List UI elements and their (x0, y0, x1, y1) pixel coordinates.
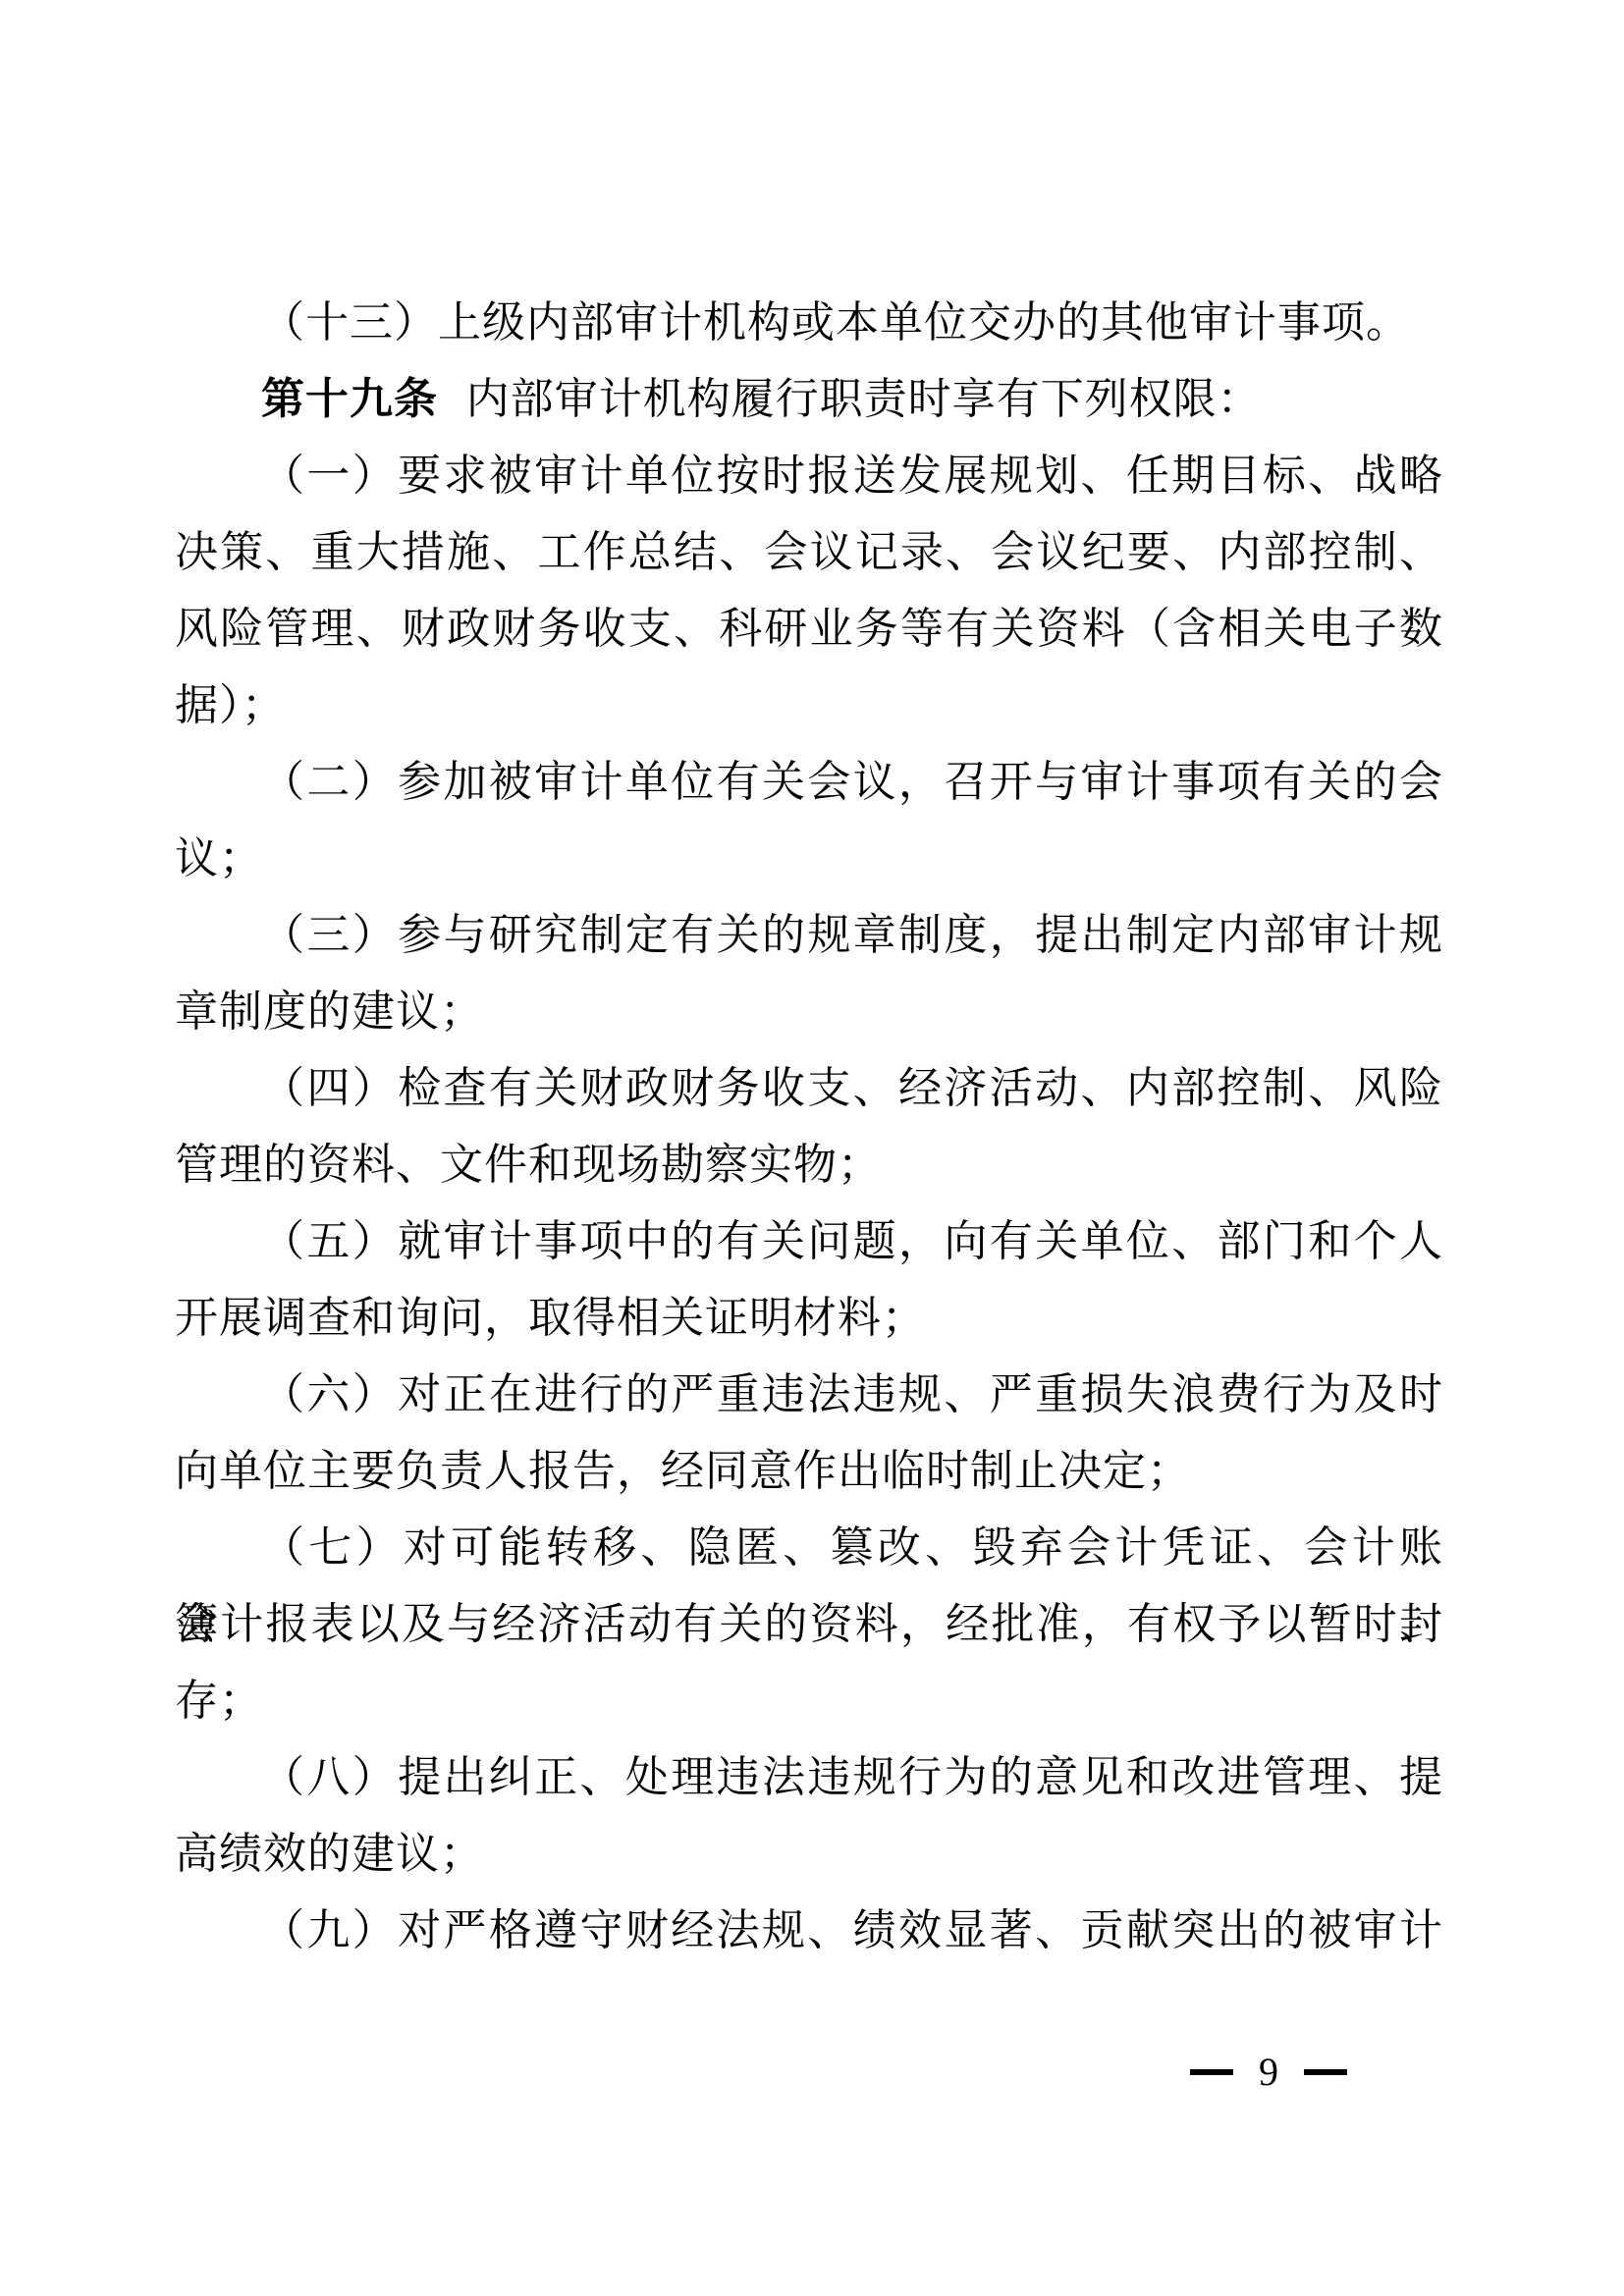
footer-right-dash (1304, 2069, 1347, 2075)
item-7-line-2: 会计报表以及与经济活动有关的资料，经批准，有权予以暂时封 (175, 1586, 1443, 1663)
item-4-line-1: （四）检查有关财政财务收支、经济活动、内部控制、风险 (175, 1050, 1443, 1127)
article-19-heading: 第十九条内部审计机构履行职责时享有下列权限： (175, 361, 1443, 438)
item-2-line-1: （二）参加被审计单位有关会议，召开与审计事项有关的会 (175, 744, 1443, 821)
item-7-line-1: （七）对可能转移、隐匿、篡改、毁弃会计凭证、会计账簿、 (175, 1510, 1443, 1586)
document-page: （十三）上级内部审计机构或本单位交办的其他审计事项。 第十九条内部审计机构履行职… (0, 0, 1624, 2296)
item-8-line-2: 高绩效的建议； (175, 1816, 1443, 1893)
item-6-line-1: （六）对正在进行的严重违法违规、严重损失浪费行为及时 (175, 1357, 1443, 1433)
item-2-line-2: 议； (175, 821, 1443, 897)
document-body: （十三）上级内部审计机构或本单位交办的其他审计事项。 第十九条内部审计机构履行职… (175, 285, 1443, 1969)
item-3-line-2: 章制度的建议； (175, 974, 1443, 1050)
item-6-line-2: 向单位主要负责人报告，经同意作出临时制止决定； (175, 1433, 1443, 1510)
item-1-line-2: 决策、重大措施、工作总结、会议记录、会议纪要、内部控制、 (175, 514, 1443, 591)
page-number: 9 (1259, 2053, 1278, 2092)
item-5-line-1: （五）就审计事项中的有关问题，向有关单位、部门和个人 (175, 1203, 1443, 1280)
item-9-line-1: （九）对严格遵守财经法规、绩效显著、贡献突出的被审计 (175, 1893, 1443, 1969)
article-number: 第十九条 (261, 375, 438, 423)
item-1-line-1: （一）要求被审计单位按时报送发展规划、任期目标、战略 (175, 438, 1443, 514)
item-5-line-2: 开展调查和询问，取得相关证明材料； (175, 1280, 1443, 1357)
item-8-line-1: （八）提出纠正、处理违法违规行为的意见和改进管理、提 (175, 1739, 1443, 1816)
article-heading-text: 内部审计机构履行职责时享有下列权限： (466, 375, 1262, 423)
footer-left-dash (1190, 2069, 1233, 2075)
item-1-line-4: 据）； (175, 667, 1443, 744)
item-7-line-3: 存； (175, 1663, 1443, 1739)
item-3-line-1: （三）参与研究制定有关的规章制度，提出制定内部审计规 (175, 897, 1443, 974)
item-1-line-3: 风险管理、财政财务收支、科研业务等有关资料（含相关电子数 (175, 591, 1443, 667)
item-13-line: （十三）上级内部审计机构或本单位交办的其他审计事项。 (175, 285, 1443, 361)
page-footer: 9 (1190, 2048, 1347, 2097)
item-4-line-2: 管理的资料、文件和现场勘察实物； (175, 1127, 1443, 1203)
